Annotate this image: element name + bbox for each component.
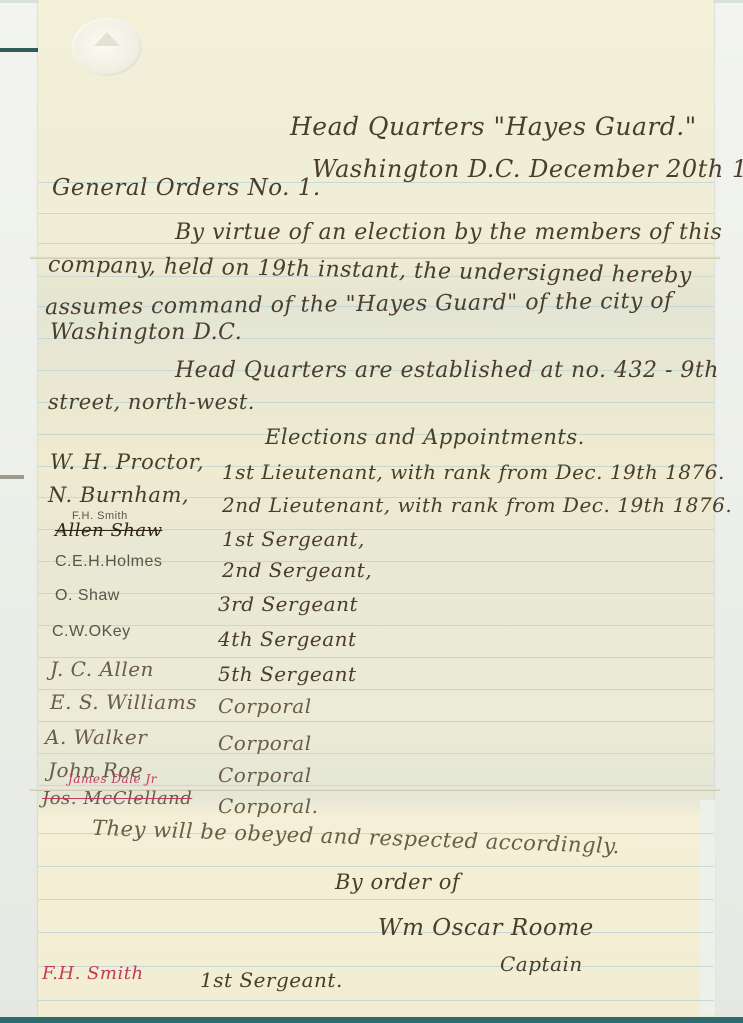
appointee-name: C.E.H.Holmes bbox=[55, 553, 162, 571]
heading-line-1: Head Quarters "Hayes Guard." bbox=[290, 112, 697, 141]
appointee-name: W. H. Proctor, bbox=[50, 450, 204, 474]
ruled-line bbox=[38, 866, 714, 867]
name-correction: James Dale Jr bbox=[68, 772, 157, 786]
appointee-name: A. Walker bbox=[45, 725, 147, 749]
by-order-line: By order of bbox=[335, 870, 460, 894]
appointee-name: C.W.OKey bbox=[52, 623, 131, 641]
ruled-line bbox=[38, 213, 714, 214]
appointee-name: E. S. Williams bbox=[50, 690, 197, 714]
appointee-rank: 2nd Sergeant, bbox=[222, 558, 372, 582]
heading-line-2: Washington D.C. December 20th 1876. bbox=[312, 155, 743, 183]
appointee-rank: 4th Sergeant bbox=[218, 627, 357, 651]
paragraph1-line: By virtue of an election by the members … bbox=[175, 220, 722, 245]
captain-signature: Wm Oscar Roome bbox=[378, 915, 594, 941]
appointee-rank: Corporal bbox=[218, 694, 312, 718]
paragraph1-line: Washington D.C. bbox=[50, 320, 242, 345]
appointee-rank: 1st Sergeant, bbox=[222, 527, 365, 551]
ruled-line bbox=[38, 625, 714, 626]
appointee-rank: 2nd Lieutenant, with rank from Dec. 19th… bbox=[222, 493, 732, 517]
captain-title: Captain bbox=[500, 952, 583, 976]
appointee-rank: Corporal bbox=[218, 731, 312, 755]
appointee-rank: Corporal bbox=[218, 763, 312, 787]
ruled-line bbox=[38, 753, 714, 754]
appointee-rank: Corporal. bbox=[218, 794, 319, 818]
appointee-rank: 3rd Sergeant bbox=[218, 592, 358, 616]
appointee-rank: 5th Sergeant bbox=[218, 662, 357, 686]
appointee-name-struck: Allen Shaw bbox=[55, 520, 163, 541]
ruled-line bbox=[38, 1000, 714, 1001]
edge-mark bbox=[0, 475, 24, 479]
countersign-signature: F.H. Smith bbox=[42, 963, 144, 984]
paragraph2-line: Head Quarters are established at no. 432… bbox=[175, 358, 719, 383]
paragraph2-line: street, north-west. bbox=[48, 390, 255, 414]
ruled-line bbox=[38, 932, 714, 933]
appointee-name-struck: Jos. McClelland bbox=[42, 788, 192, 809]
section-title: Elections and Appointments. bbox=[265, 425, 585, 449]
embossed-seal bbox=[72, 18, 142, 76]
ruled-line bbox=[38, 593, 714, 594]
capitol-emblem-icon bbox=[94, 32, 120, 46]
order-title: General Orders No. 1. bbox=[52, 175, 321, 201]
backing-bottom-strip bbox=[0, 1017, 743, 1023]
ruled-line bbox=[38, 721, 714, 722]
appointee-name: J. C. Allen bbox=[50, 657, 154, 681]
appointee-name: O. Shaw bbox=[55, 587, 120, 605]
appointee-name: N. Burnham, bbox=[48, 483, 189, 507]
ruled-line bbox=[38, 899, 714, 900]
appointee-rank: 1st Lieutenant, with rank from Dec. 19th… bbox=[222, 460, 725, 484]
countersign-title: 1st Sergeant. bbox=[200, 968, 343, 992]
